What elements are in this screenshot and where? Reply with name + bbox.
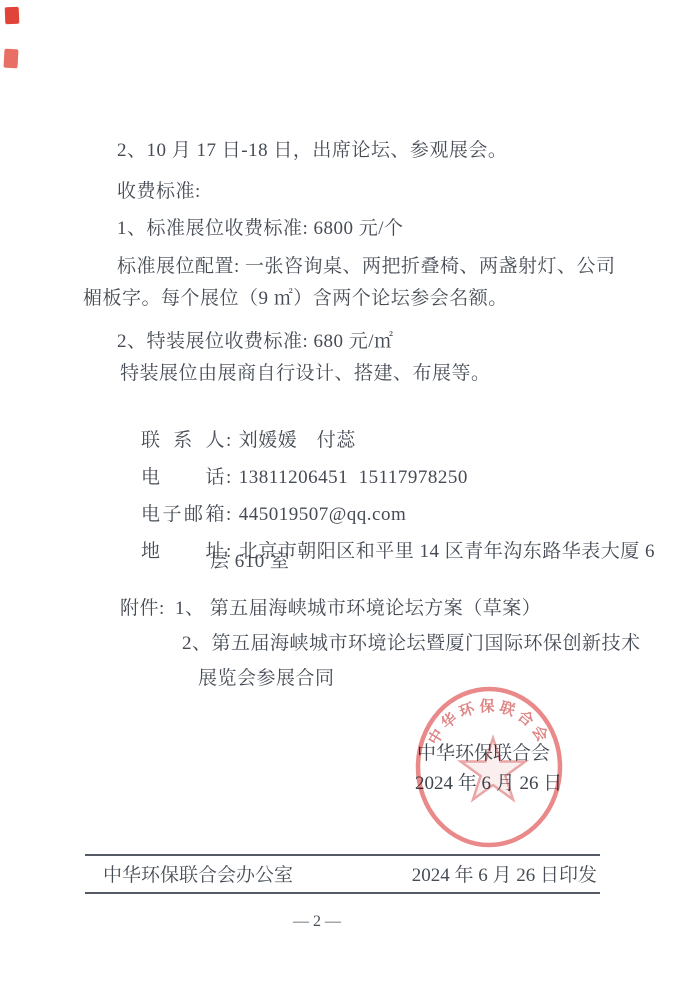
paragraph-schedule: 2、10 月 17 日-18 日，出席论坛、参观展会。 [117,139,507,163]
paragraph-booth-config: 标准展位配置: 一张咨询桌、两把折叠椅、两盏射灯、公司 [117,255,616,279]
scan-artifact-mark-icon [4,49,19,69]
page-number: — 2 — [293,912,341,932]
footer-rule-top [85,854,600,856]
footer-print-date: 2024 年 6 月 26 日印发 [412,864,597,888]
footer-rule-bottom [85,892,600,894]
scan-artifact-mark-icon [5,7,20,24]
attachment-item-1: 1、 第五届海峡城市环境论坛方案（草案） [175,597,541,621]
contact-row: 地址:北京市朝阳区和平里 14 区青年沟东路华表大厦 6 [120,516,655,588]
contact-value: 北京市朝阳区和平里 14 区青年沟东路华表大厦 6 [239,540,655,564]
address-continuation: 层 610 室 [210,550,290,574]
paragraph-standard-booth-fee: 1、标准展位收费标准: 6800 元/个 [117,217,404,241]
document-page: 2、10 月 17 日-18 日，出席论坛、参观展会。 收费标准: 1、标准展位… [0,0,700,989]
official-seal: 中华环保联合会 [410,683,568,853]
attachments-label: 附件: [120,597,165,621]
paragraph-special-booth-note: 特装展位由展商自行设计、搭建、布展等。 [120,362,491,386]
attachment-item-2-cont: 展览会参展合同 [198,667,335,691]
paragraph-booth-config-cont: 楣板字。每个展位（9 ㎡）含两个论坛参会名额。 [83,287,508,311]
paragraph-special-booth-fee: 2、特装展位收费标准: 680 元/㎡ [117,330,394,354]
footer-issuer: 中华环保联合会办公室 [103,864,293,888]
attachment-item-2: 2、第五届海峡城市环境论坛暨厦门国际环保创新技术 [182,632,641,656]
paragraph-fee-title: 收费标准: [117,180,201,204]
seal-star-icon [461,738,526,800]
